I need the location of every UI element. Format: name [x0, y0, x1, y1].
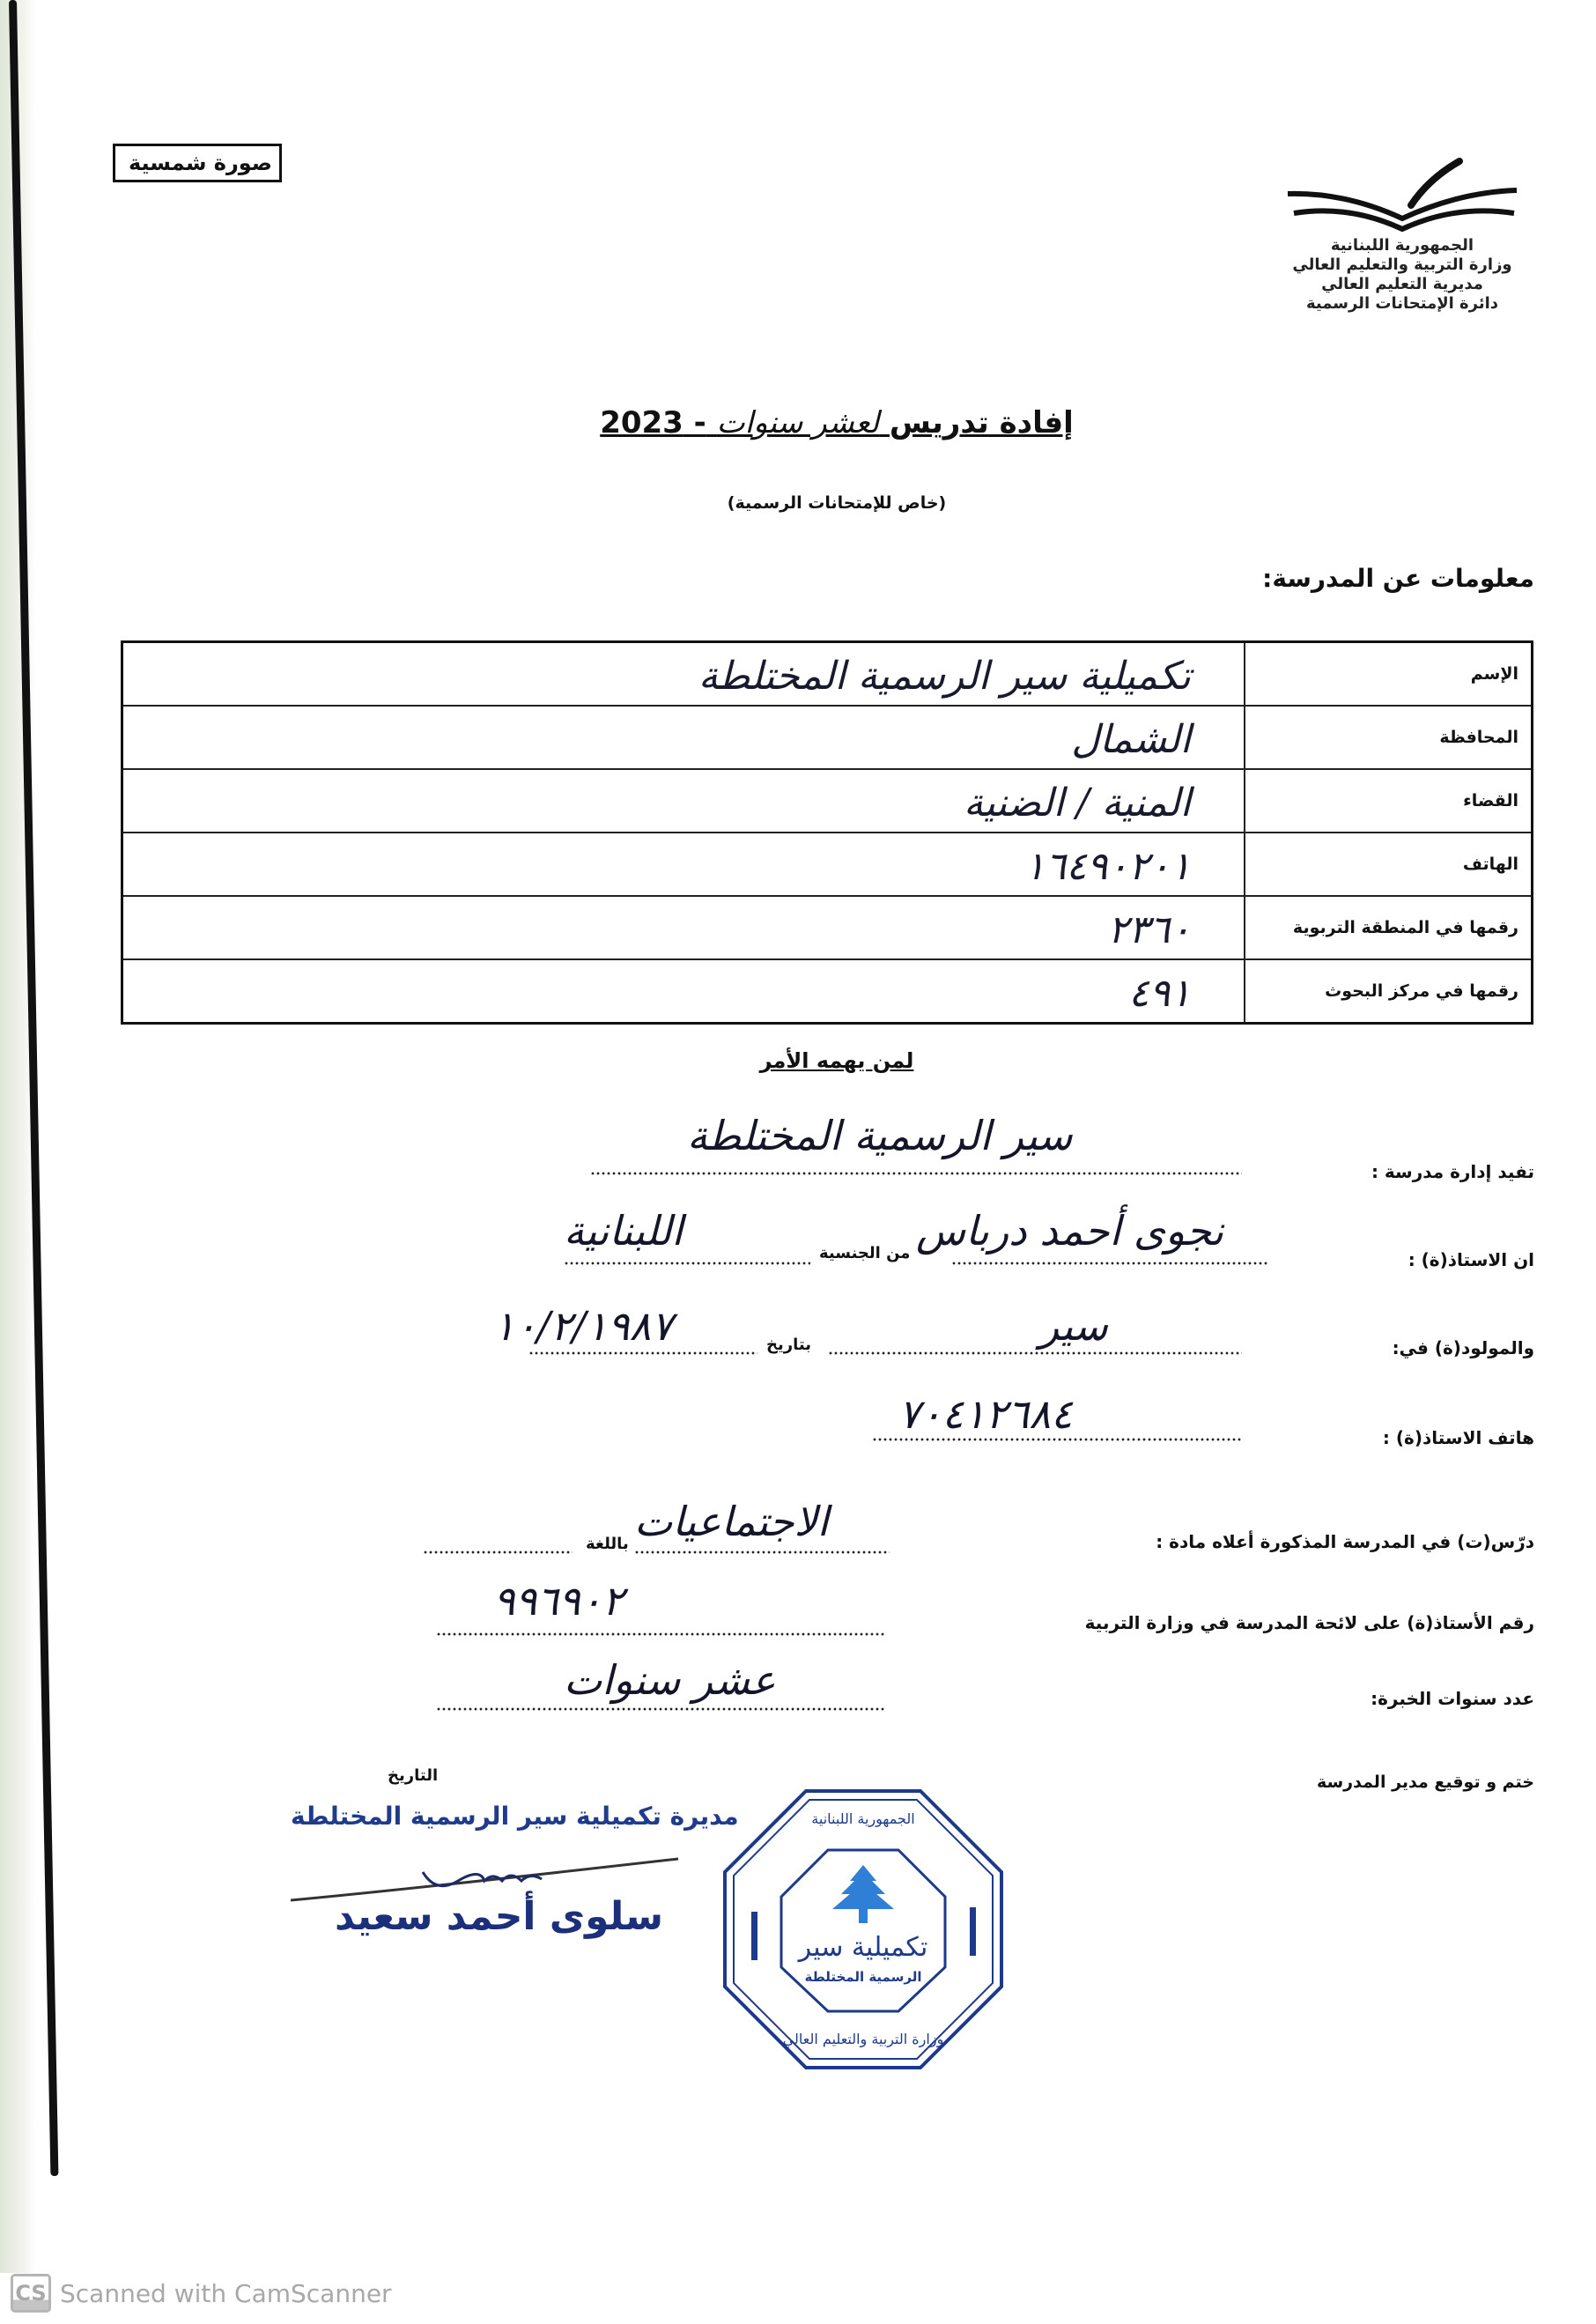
logo-line-department: دائرة الإمتحانات الرسمية [1270, 294, 1534, 314]
camscanner-watermark: CS Scanned with CamScanner [11, 2271, 392, 2315]
nationality-dotted-line [564, 1262, 810, 1265]
ministry-number-dotted-line [436, 1632, 885, 1636]
subject-value: الاجتماعيات [634, 1498, 829, 1545]
table-row: رقمها في المنطقة التربوية ٢٣٦٠ [122, 896, 1533, 959]
subject-dotted-line [634, 1551, 890, 1554]
table-row: المحافظة الشمال [122, 706, 1533, 769]
admin-value: سير الرسمية المختلطة [687, 1112, 1073, 1159]
director-title: مديرة تكميلية سير الرسمية المختلطة [291, 1802, 739, 1831]
school-stamp: تكميلية سير الرسمية المختلطة الجمهورية ا… [718, 1784, 1009, 2075]
logo-line-ministry: وزارة التربية والتعليم العالي [1270, 255, 1534, 275]
subject-label: درّس(ت) في المدرسة المذكورة أعلاه مادة : [1156, 1531, 1534, 1552]
birthplace-label: والمولود(ة) في: [1393, 1337, 1534, 1358]
director-name: سلوى أحمد سعيد [335, 1894, 663, 1939]
stamp-outer-bottom: وزارة التربية والتعليم العالي [718, 2031, 1009, 2047]
row-value-governorate: الشمال [122, 706, 1245, 769]
table-row: القضاء المنية / الضنية [122, 769, 1533, 833]
photo-box-label: صورة شمسية [129, 151, 272, 175]
to-whom-heading: لمن يهمه الأمر [740, 1048, 934, 1073]
row-value-phone: ١٦٤٩٠٢٠١ [122, 833, 1245, 896]
language-label: باللغة [586, 1535, 629, 1553]
document-subtitle: (خاص للإمتحانات الرسمية) [573, 493, 1101, 513]
stamp-sign-label: ختم و توقيع مدير المدرسة [1317, 1773, 1534, 1792]
stamp-outer-top: الجمهورية اللبنانية [718, 1810, 1009, 1827]
birth-date-value: ١٠/٢/١٩٨٧ [493, 1302, 673, 1350]
camscanner-logo-icon: CS [11, 2274, 51, 2313]
document-title: إفادة تدريس لعشر سنوات - 2023 [528, 405, 1145, 440]
teacher-dotted-line [951, 1262, 1268, 1265]
signature-date-label: التاريخ [388, 1766, 438, 1785]
row-label-governorate: المحافظة [1245, 706, 1533, 769]
cedar-icon [832, 1865, 894, 1923]
experience-label: عدد سنوات الخبرة: [1371, 1688, 1534, 1709]
table-row: الهاتف ١٦٤٩٠٢٠١ [122, 833, 1533, 896]
open-book-icon [1283, 157, 1521, 236]
admin-label: تفيد إدارة مدرسة : [1371, 1161, 1534, 1182]
stamp-school-name: تكميلية سير [718, 1932, 1009, 1963]
photo-box: صورة شمسية [113, 144, 282, 182]
teacher-phone-label: هاتف الاستاذ(ة) : [1383, 1427, 1534, 1448]
row-label-name: الإسم [1245, 642, 1533, 707]
logo-line-directorate: مديرية التعليم العالي [1270, 275, 1534, 294]
row-value-name: تكميلية سير الرسمية المختلطة [122, 642, 1245, 707]
school-info-table: الإسم تكميلية سير الرسمية المختلطة المحا… [121, 640, 1533, 1025]
ministry-number-label: رقم الأستاذ(ة) على لائحة المدرسة في وزار… [1085, 1612, 1534, 1633]
row-label-region-number: رقمها في المنطقة التربوية [1245, 896, 1533, 959]
birth-date-dotted-line [528, 1351, 757, 1355]
row-label-district: القضاء [1245, 769, 1533, 833]
language-dotted-line [423, 1551, 573, 1554]
experience-dotted-line [436, 1707, 885, 1711]
teacher-name-value: نجوى أحمد درباس [916, 1207, 1223, 1255]
row-value-region-number: ٢٣٦٠ [122, 896, 1245, 959]
title-year: - 2023 [600, 405, 706, 440]
experience-value: عشر سنوات [564, 1656, 776, 1704]
birthplace-value: سير [1039, 1302, 1108, 1350]
birthplace-dotted-line [828, 1351, 1242, 1355]
row-label-research-number: رقمها في مركز البحوث [1245, 959, 1533, 1024]
row-label-phone: الهاتف [1245, 833, 1533, 896]
table-row: رقمها في مركز البحوث ٤٩١ [122, 959, 1533, 1024]
table-row: الإسم تكميلية سير الرسمية المختلطة [122, 642, 1533, 707]
title-printed-prefix: إفادة تدريس [890, 405, 1074, 440]
teacher-phone-dotted-line [872, 1438, 1242, 1441]
stamp-school-type: الرسمية المختلطة [718, 1969, 1009, 1985]
nationality-label: من الجنسية [819, 1244, 910, 1262]
school-info-heading: معلومات عن المدرسة: [1262, 564, 1534, 593]
camscanner-text: Scanned with CamScanner [60, 2279, 392, 2308]
title-handwritten: لعشر سنوات [717, 405, 879, 440]
logo-line-republic: الجمهورية اللبنانية [1270, 236, 1534, 255]
admin-dotted-line [590, 1172, 1242, 1175]
row-value-research-number: ٤٩١ [122, 959, 1245, 1024]
ministry-logo: الجمهورية اللبنانية وزارة التربية والتعل… [1270, 157, 1534, 359]
ministry-number-value: ٩٩٦٩٠٢ [493, 1577, 624, 1625]
birth-date-label: بتاريخ [766, 1336, 811, 1354]
nationality-value: اللبنانية [564, 1207, 683, 1255]
row-value-district: المنية / الضنية [122, 769, 1245, 833]
teacher-phone-value: ٧٠٤١٢٦٨٤ [898, 1390, 1073, 1438]
teacher-label: ان الاستاذ(ة) : [1408, 1249, 1534, 1270]
